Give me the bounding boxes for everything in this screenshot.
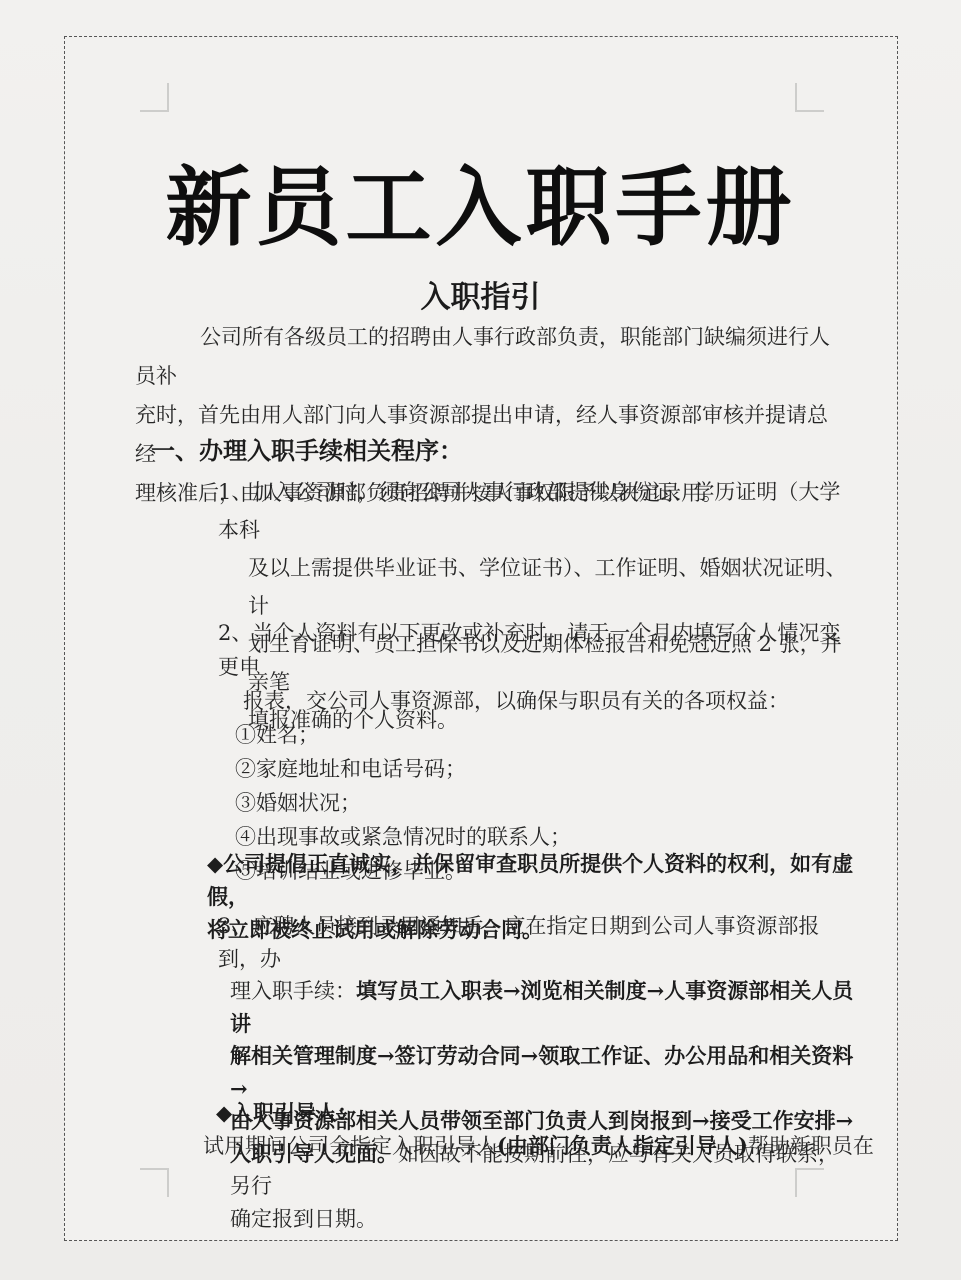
list-item-line: 报表，交公司人事资源部，以确保与职员有关的各项权益： — [243, 684, 858, 718]
text-boundary-corner-mark-top-left — [140, 83, 169, 112]
list-item-3: 3、应聘人员接到录用通知后，应在指定日期到公司人事资源部报到，办 理入职手续：填… — [218, 910, 858, 1235]
note-line: ◆公司提倡正直诚实，并保留审查职员所提供个人资料的权利，如有虚假， — [207, 847, 867, 913]
section-heading: 一、办理入职手续相关程序： — [151, 431, 463, 466]
line-segment: 理入职手续： — [230, 979, 356, 1003]
text-boundary-corner-mark-top-right — [795, 83, 824, 112]
text-boundary-corner-mark-bottom-left — [140, 1168, 169, 1197]
list-item-line: 3、应聘人员接到录用通知后，应在指定日期到公司人事资源部报到，办 — [218, 910, 858, 975]
list-item-line: 2、当个人资料有以下更改或补充时，请于一个月内填写个人情况变更申 — [218, 616, 858, 684]
sub-list-item: ①姓名； — [235, 718, 858, 752]
document-title: 新员工入职手册 — [0, 138, 961, 262]
process-flow-segment: 解相关管理制度→签订劳动合同→领取工作证、办公用品和相关资料→ — [230, 1040, 858, 1105]
scanned-document-page: 新员工入职手册 入职指引 公司所有各级员工的招聘由人事行政部负责，职能部门缺编须… — [0, 0, 961, 1280]
list-item-line: 确定报到日期。 — [230, 1203, 858, 1236]
guide-paragraph-line: 试用期间公司会指定入职引导人(由部门负责人指定引导人)帮助新职员在 — [203, 1130, 874, 1160]
line-segment: 帮助新职员在 — [748, 1134, 874, 1158]
document-subtitle: 入职指引 — [0, 272, 961, 316]
intro-line: 公司所有各级员工的招聘由人事行政部负责，职能部门缺编须进行人员补 — [135, 318, 847, 396]
list-item-line: 理入职手续：填写员工入职表→浏览相关制度→人事资源部相关人员讲 — [230, 975, 858, 1040]
line-segment-bold: (由部门负责人指定引导人) — [497, 1133, 748, 1158]
line-segment: 试用期间公司会指定入职引导人 — [203, 1134, 497, 1158]
list-item-line: 及以上需提供毕业证书、学位证书）、工作证明、婚姻状况证明、计 — [248, 549, 858, 625]
sub-list-item: ③婚姻状况； — [235, 786, 858, 820]
guide-heading: ◆入职引导人： — [216, 1097, 358, 1127]
list-item-line: 1、加入公司时，须向公司人事行政部提供身份证、学历证明（大学本科 — [218, 473, 858, 549]
sub-list-item: ②家庭地址和电话号码； — [235, 752, 858, 786]
